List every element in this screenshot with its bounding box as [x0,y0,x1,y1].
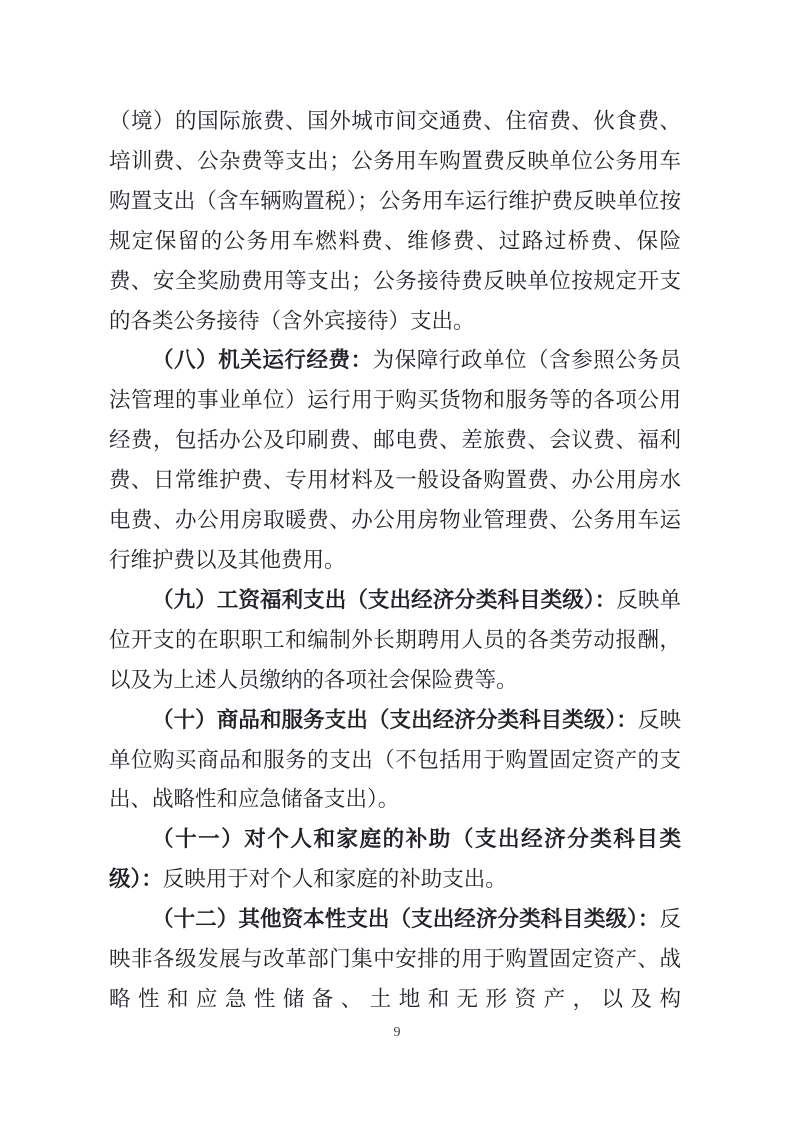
document-body: （境）的国际旅费、国外城市间交通费、住宿费、伙食费、培训费、公杂费等支出；公务用… [109,102,681,1020]
paragraph: （十）商品和服务支出（支出经济分类科目类级）：反映单位购买商品和服务的支出（不包… [109,701,681,821]
paragraph-heading-run: （八）机关运行经费： [152,348,373,372]
paragraph-text-run: （境）的国际旅费、国外城市间交通费、住宿费、伙食费、培训费、公杂费等支出；公务用… [109,109,681,333]
paragraph: （八）机关运行经费：为保障行政单位（含参照公务员法管理的事业单位）运行用于购买货… [109,341,681,580]
document-page: （境）的国际旅费、国外城市间交通费、住宿费、伙食费、培训费、公杂费等支出；公务用… [0,0,794,1123]
paragraph: （九）工资福利支出（支出经济分类科目类级）：反映单位开支的在职职工和编制外长期聘… [109,581,681,701]
page-number: 9 [0,1024,794,1042]
paragraph-heading-run: （十）商品和服务支出（支出经济分类科目类级）： [152,708,638,732]
paragraph-heading-run: （十二）其他资本性支出（支出经济分类科目类级）： [152,907,659,931]
paragraph: （境）的国际旅费、国外城市间交通费、住宿费、伙食费、培训费、公杂费等支出；公务用… [109,102,681,341]
paragraph-heading-run: （九）工资福利支出（支出经济分类科目类级）： [152,588,616,612]
paragraph: （十二）其他资本性支出（支出经济分类科目类级）：反映非各级发展与改革部门集中安排… [109,900,681,1020]
paragraph-text-run: 反映用于对个人和家庭的补助支出。 [163,867,507,891]
paragraph: （十一）对个人和家庭的补助（支出经济分类科目类级）：反映用于对个人和家庭的补助支… [109,820,681,900]
paragraph-text-run: 为保障行政单位（含参照公务员法管理的事业单位）运行用于购买货物和服务等的各项公用… [109,348,681,572]
